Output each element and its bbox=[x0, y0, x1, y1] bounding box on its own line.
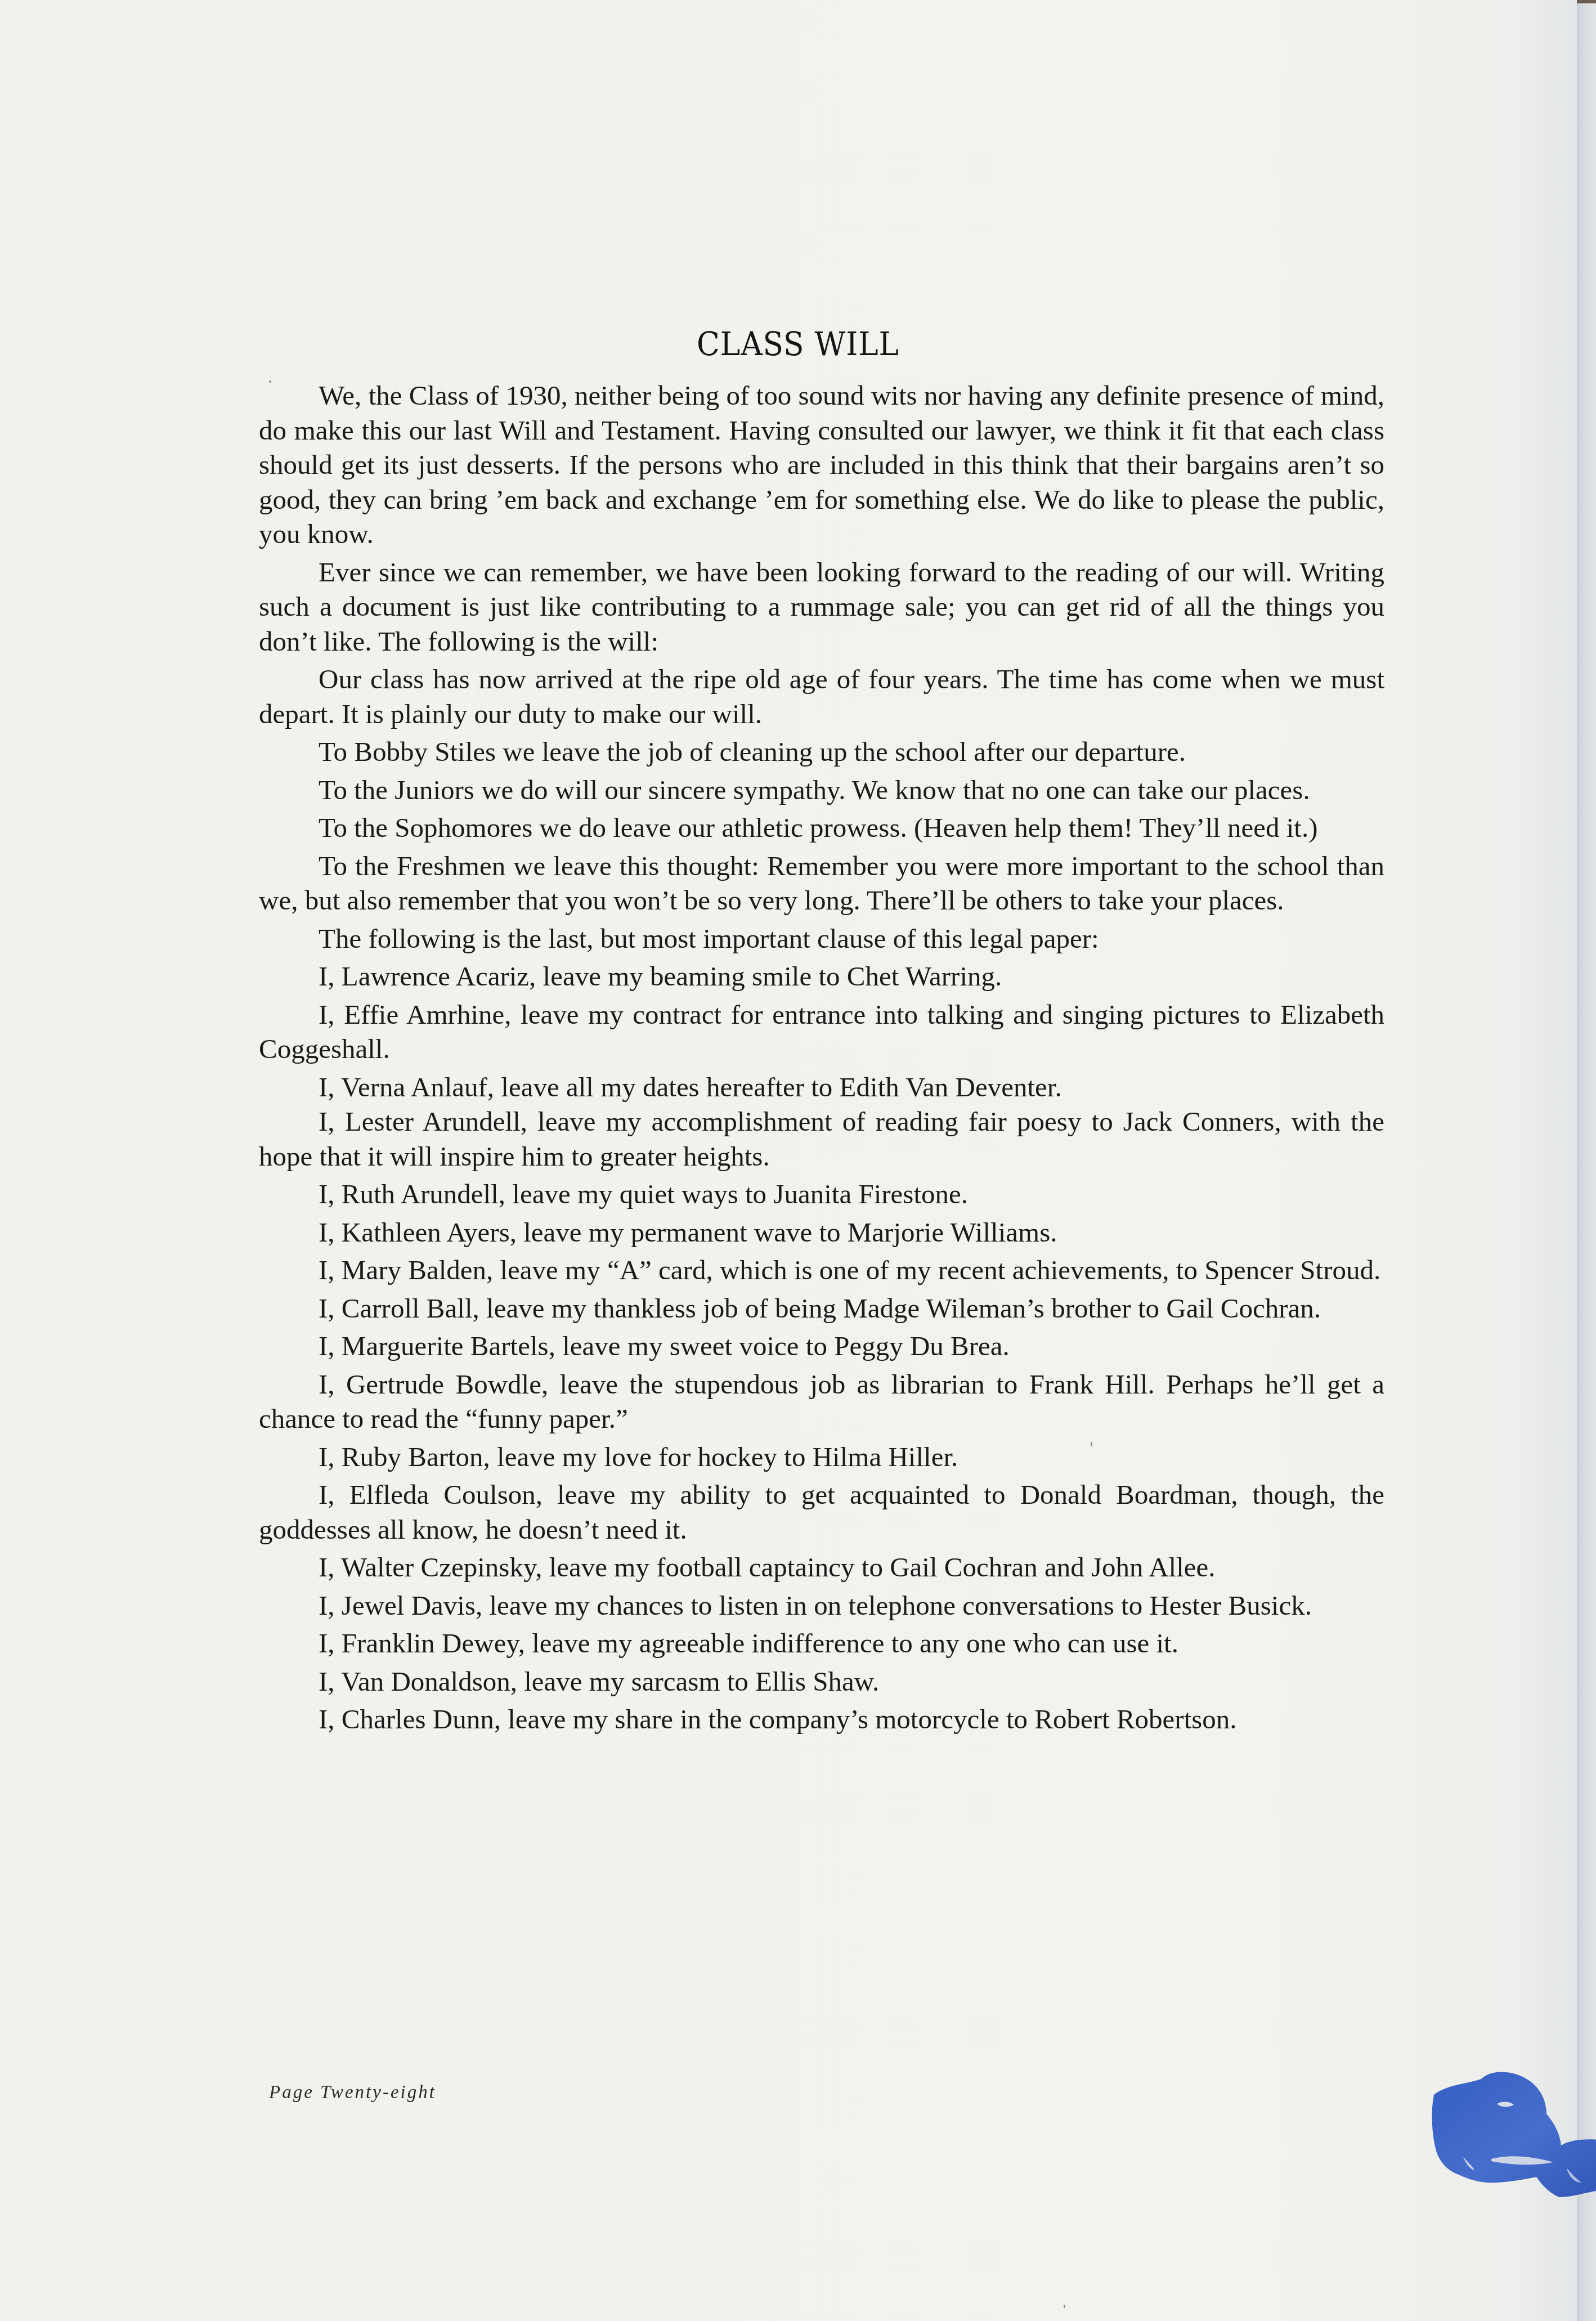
bequest-marguerite-bartels: I, Marguerite Bartels, leave my sweet vo… bbox=[259, 1329, 1384, 1364]
bequest-van-donaldson: I, Van Donaldson, leave my sarcasm to El… bbox=[259, 1664, 1384, 1699]
bequest-ruth-arundell: I, Ruth Arundell, leave my quiet ways to… bbox=[259, 1177, 1384, 1212]
paper-speck bbox=[269, 380, 271, 383]
bequest-franklin-dewey: I, Franklin Dewey, leave my agreeable in… bbox=[259, 1626, 1384, 1661]
paragraph-reading: Ever since we can remember, we have been… bbox=[259, 555, 1384, 659]
paper-speck bbox=[1091, 1442, 1092, 1446]
will-body: We, the Class of 1930, neither being of … bbox=[259, 378, 1384, 1740]
bequest-carroll-ball: I, Carroll Ball, leave my thankless job … bbox=[259, 1291, 1384, 1326]
bequest-effie-amrhine: I, Effie Amrhine, leave my contract for … bbox=[259, 997, 1384, 1067]
bequest-jewel-davis: I, Jewel Davis, leave my chances to list… bbox=[259, 1588, 1384, 1623]
bequest-elfleda-coulson: I, Elfleda Coulson, leave my ability to … bbox=[259, 1477, 1384, 1547]
bequest-verna-anlauf: I, Verna Anlauf, leave all my dates here… bbox=[259, 1070, 1384, 1105]
paper-speck bbox=[1064, 2305, 1065, 2308]
page-number: Page Twenty-eight bbox=[269, 2082, 436, 2103]
paragraph-last-clause: The following is the last, but most impo… bbox=[259, 921, 1384, 956]
blue-ink-stain-icon bbox=[1429, 2067, 1596, 2202]
bequest-lawrence-acariz: I, Lawrence Acariz, leave my beaming smi… bbox=[259, 959, 1384, 994]
yearbook-page: CLASS WILL We, the Class of 1930, neithe… bbox=[0, 0, 1577, 2321]
bequest-bobby-stiles: To Bobby Stiles we leave the job of clea… bbox=[259, 734, 1384, 769]
bequest-walter-czepinsky: I, Walter Czepinsky, leave my football c… bbox=[259, 1550, 1384, 1585]
paragraph-intro: We, the Class of 1930, neither being of … bbox=[259, 378, 1384, 552]
bequest-freshmen: To the Freshmen we leave this thought: R… bbox=[259, 849, 1384, 918]
bequest-mary-balden: I, Mary Balden, leave my “A” card, which… bbox=[259, 1253, 1384, 1288]
bequest-ruby-barton: I, Ruby Barton, leave my love for hockey… bbox=[259, 1440, 1384, 1475]
bequest-lester-arundell: I, Lester Arundell, leave my accomplishm… bbox=[259, 1104, 1384, 1173]
gutter-edge bbox=[1577, 0, 1596, 3]
bequest-kathleen-ayers: I, Kathleen Ayers, leave my permanent wa… bbox=[259, 1215, 1384, 1250]
bequest-charles-dunn: I, Charles Dunn, leave my share in the c… bbox=[259, 1702, 1384, 1737]
bequest-juniors: To the Juniors we do will our sincere sy… bbox=[259, 773, 1384, 808]
paragraph-depart: Our class has now arrived at the ripe ol… bbox=[259, 662, 1384, 731]
bequest-sophomores: To the Sophomores we do leave our athlet… bbox=[259, 810, 1384, 845]
page-gutter bbox=[1577, 0, 1596, 2321]
page-title: CLASS WILL bbox=[64, 325, 1532, 363]
bequest-gertrude-bowdle: I, Gertrude Bowdle, leave the stupendous… bbox=[259, 1367, 1384, 1436]
